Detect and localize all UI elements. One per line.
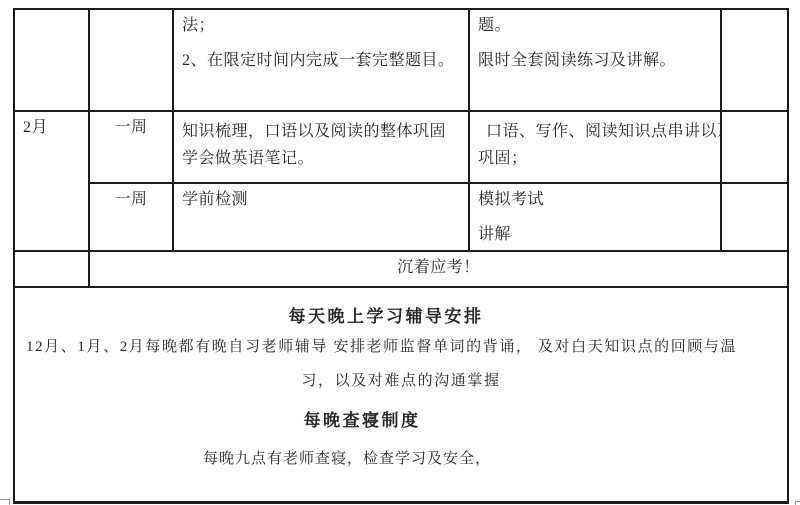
content-line: 学会做英语笔记。 bbox=[182, 145, 460, 172]
curfew-text: 每晚九点有老师查寝，检查学习及安全， bbox=[23, 449, 779, 469]
content-paragraph: 2、在限定时间内完成一套完整题目。 bbox=[182, 51, 460, 70]
cell-note-empty bbox=[721, 9, 788, 111]
teaching-line: 巩固； bbox=[478, 145, 712, 172]
teaching-paragraph: 讲解 bbox=[478, 225, 712, 244]
content-paragraph: 法； bbox=[182, 16, 460, 35]
study-schedule-table: 法； 2、在限定时间内完成一套完整题目。 题。 限时全套阅读练习及讲解。 2月 … bbox=[13, 8, 789, 504]
cell-content: 法； 2、在限定时间内完成一套完整题目。 bbox=[173, 9, 469, 111]
cell-duration: 一周 bbox=[89, 183, 173, 251]
table-row: 每天晚上学习辅导安排 12月、1月、2月每晚都有晚自习老师辅导 安排老师监督单词… bbox=[14, 287, 788, 502]
curfew-title: 每晚查寝制度 bbox=[23, 410, 779, 432]
cell-duration: 一周 bbox=[89, 111, 173, 183]
cell-duration-empty bbox=[89, 9, 173, 111]
cell-teaching: 题。 限时全套阅读练习及讲解。 bbox=[469, 9, 721, 111]
cell-content: 学前检测 bbox=[173, 183, 469, 251]
teaching-paragraph: 模拟考试 bbox=[478, 190, 712, 209]
content-line: 知识梳理，口语以及阅读的整体巩固 bbox=[182, 118, 460, 145]
teaching-paragraph: 限时全套阅读练习及讲解。 bbox=[478, 51, 712, 70]
table-row: 沉着应考！ bbox=[14, 251, 788, 287]
table-row: 一周 学前检测 模拟考试 讲解 bbox=[14, 183, 788, 251]
cell-note-empty bbox=[721, 183, 788, 251]
cell-content: 知识梳理，口语以及阅读的整体巩固 学会做英语笔记。 bbox=[173, 111, 469, 183]
cell-teaching: 模拟考试 讲解 bbox=[469, 183, 721, 251]
cell-note-empty bbox=[721, 111, 788, 183]
tutoring-paragraph-line: 12月、1月、2月每晚都有晚自习老师辅导 安排老师监督单词的背诵， 及对白天知识… bbox=[23, 330, 779, 364]
teaching-line: 口语、写作、阅读知识点串讲以及 bbox=[478, 118, 712, 145]
table-row: 法； 2、在限定时间内完成一套完整题目。 题。 限时全套阅读练习及讲解。 bbox=[14, 9, 788, 111]
evening-tutoring-paragraph: 12月、1月、2月每晚都有晚自习老师辅导 安排老师监督单词的背诵， 及对白天知识… bbox=[23, 330, 779, 398]
teaching-paragraph: 题。 bbox=[478, 16, 712, 35]
cell-evening-section: 每天晚上学习辅导安排 12月、1月、2月每晚都有晚自习老师辅导 安排老师监督单词… bbox=[14, 287, 788, 502]
cell-teaching: 口语、写作、阅读知识点串讲以及 巩固； bbox=[469, 111, 721, 183]
next-table-corner-left bbox=[0, 499, 10, 505]
next-table-corner-right bbox=[795, 501, 800, 505]
table-row: 2月 一周 知识梳理，口语以及阅读的整体巩固 学会做英语笔记。 口语、写作、阅读… bbox=[14, 111, 788, 183]
evening-tutoring-title: 每天晚上学习辅导安排 bbox=[23, 306, 779, 328]
cell-month-empty bbox=[14, 251, 89, 287]
tutoring-paragraph-line: 习，以及对难点的沟通掌握 bbox=[23, 364, 779, 398]
document-page: 法； 2、在限定时间内完成一套完整题目。 题。 限时全套阅读练习及讲解。 2月 … bbox=[0, 0, 800, 505]
cell-slogan: 沉着应考！ bbox=[89, 251, 788, 287]
cell-month-empty bbox=[14, 9, 89, 111]
cell-month: 2月 bbox=[14, 111, 89, 251]
